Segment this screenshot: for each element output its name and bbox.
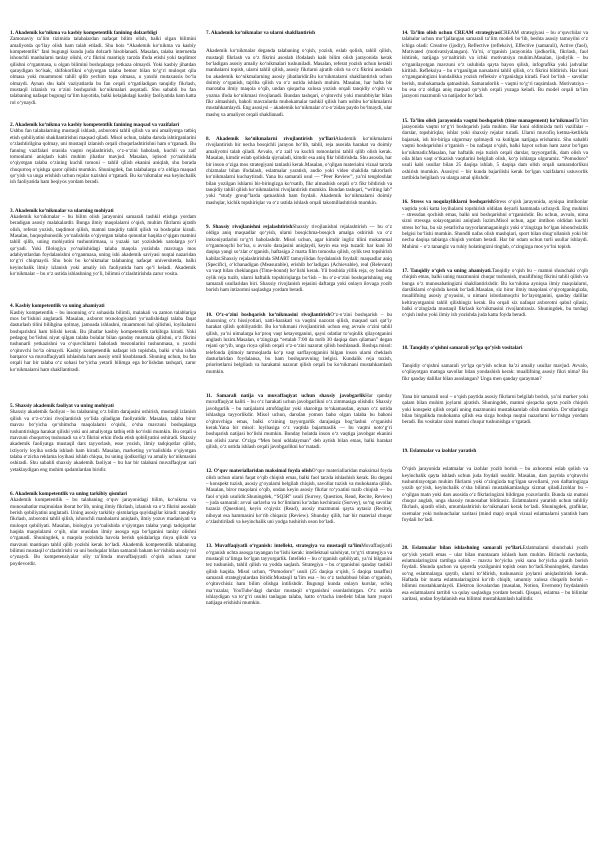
section-title: 4. Kasbiy kompetentlik va uning ahamiyat… [10, 303, 105, 309]
section-11: 11. Samarali natija va muvaffaqiyat uchu… [206, 393, 392, 450]
section-18: 18. Tanqidiy o‘qishni samarali yo‘lga qo… [402, 345, 588, 426]
section-title: 15. Ta’lim olish jarayonida vaqtni boshq… [402, 118, 574, 124]
section-body: Zamonaviy ta’lim tizimida talabalardan n… [10, 36, 196, 105]
column-2: 7. Akademik ko‘nikmalar va ularni shakll… [206, 30, 392, 623]
section-title: 3. Akademik ko‘nikmalar va ularning mohi… [10, 208, 114, 214]
section-body: Shaxsiy rivojlanishni rejalashtirish — b… [206, 224, 392, 293]
section-body: Har qanday muvaffaqiyat kaliti – bu o‘z … [206, 393, 392, 450]
section-6: 6. Akademik kompetentlik va uning tarkib… [10, 491, 196, 567]
section-13: 13. Muvaffaqiyatli o‘rganish: intellekt,… [206, 543, 392, 606]
section-8: 8. Akademik ko‘nikmalarni rivojlantirish… [206, 136, 392, 206]
section-body: O‘qish jarayonida eslatmalar va izohlar … [402, 466, 588, 523]
section-body: Tanqidiy o‘qish bu – matnni shunchaki o‘… [402, 268, 588, 318]
section-body: Ushbu fan talabalarning mustaqil ishlash… [10, 128, 196, 185]
section-body: Akademik ko‘nikmalar – bu bilim olish ja… [10, 214, 196, 277]
section-20: 20. Eslatmalar bilan ishlashning samaral… [402, 545, 588, 602]
section-title: 19. Eslatmalar va izohlar yaratish [402, 448, 588, 454]
section-5: 5. Shaxsiy akademik faoliyat va uning mo… [10, 403, 196, 473]
section-3: 3. Akademik ko‘nikmalar va ularning mohi… [10, 208, 196, 278]
section-15: 15. Ta’lim olish jarayonida vaqtni boshq… [402, 118, 588, 181]
section-title: 10. O‘z-o‘zini boshqarish ko‘nikmasini r… [206, 312, 330, 318]
section-7: 7. Akademik ko‘nikmalar va ularni shakll… [206, 30, 392, 118]
section-1: 1. Akademik ko‘nikma va kasbiy kompetent… [10, 30, 196, 106]
section-10: 10. O‘z-o‘zini boshqarish ko‘nikmasini r… [206, 312, 392, 375]
section-body: Akademik ko‘nikmalar deganda talabaning … [206, 48, 392, 117]
section-body: Ta’lim jarayonida vaqtni to‘g‘ri boshqar… [402, 118, 588, 181]
section-16: 16. Stress va noqulayliklarni boshqarish… [402, 199, 588, 250]
section-body: CREAM strategiyasi – bu o‘quvchilar va t… [402, 30, 588, 99]
document-page: 1. Akademik ko‘nikma va kasbiy kompetent… [0, 0, 596, 842]
section-body: Muvaffaqiyatli o‘rganish uchta asosga ta… [206, 543, 392, 606]
section-title: 6. Akademik kompetentlik va uning tarkib… [10, 491, 127, 497]
column-3: 14. Ta’lim olish uchun CREAM strategiyas… [402, 30, 588, 618]
section-title: 7. Akademik ko‘nikmalar va ularni shakll… [206, 30, 392, 36]
section-title: 20. Eslatmalar bilan ishlashning samaral… [402, 545, 523, 551]
section-paragraph: Tanqidiy o‘qishni samarali yo‘lga qo‘yis… [402, 363, 588, 382]
section-body: O‘z-o‘zini boshqarish – bu shaxsning o‘z… [206, 312, 392, 375]
section-paragraph: Yana bir samarali usul – o‘qish paytida … [402, 394, 588, 426]
section-title: 16. Stress va noqulayliklarni boshqarish [402, 199, 494, 205]
column-1: 1. Akademik ko‘nikma va kasbiy kompetent… [10, 30, 196, 583]
section-body: Eslatmalarni shunchaki yozib qo‘yish yet… [402, 545, 588, 602]
section-title: 9. Shaxsiy rivojlanishni rejalashtirish [206, 224, 292, 230]
section-2: 2. Akademik ko‘nikma va kasbiy kompetent… [10, 122, 196, 185]
section-body: Shaxsiy akademik faoliyat – bu talabanin… [10, 409, 196, 472]
section-title: 18. Tanqidiy o‘qishni samarali yo‘lga qo… [402, 345, 588, 351]
section-body: Akademik kompetentlik – bu talabaning o‘… [10, 497, 196, 566]
section-19: 19. Eslatmalar va izohlar yaratish O‘qis… [402, 448, 588, 523]
section-14: 14. Ta’lim olish uchun CREAM strategiyas… [402, 30, 588, 100]
section-17: 17. Tanqidiy o‘qish va uning ahamiyati.T… [402, 268, 588, 319]
section-title: 13. Muvaffaqiyatli o‘rganish: intellekt,… [206, 543, 361, 549]
section-title: 12. O‘quv materiallaridan maksimal foyda… [206, 468, 312, 474]
section-body: Stress o‘qish jarayonida, ayniqsa imtiho… [402, 199, 588, 249]
section-body: Akademik ko‘nikmalarni rivojlantirish bi… [206, 136, 392, 205]
section-12: 12. O‘quv materiallaridan maksimal foyda… [206, 468, 392, 525]
section-9: 9. Shaxsiy rivojlanishni rejalashtirishS… [206, 224, 392, 294]
section-body: Kasbiy kompetentlik – bu insonning o‘z s… [10, 310, 196, 373]
section-body: O‘quv materiallaridan maksimal foyda oli… [206, 468, 392, 525]
section-4: 4. Kasbiy kompetentlik va uning ahamiyat… [10, 303, 196, 373]
